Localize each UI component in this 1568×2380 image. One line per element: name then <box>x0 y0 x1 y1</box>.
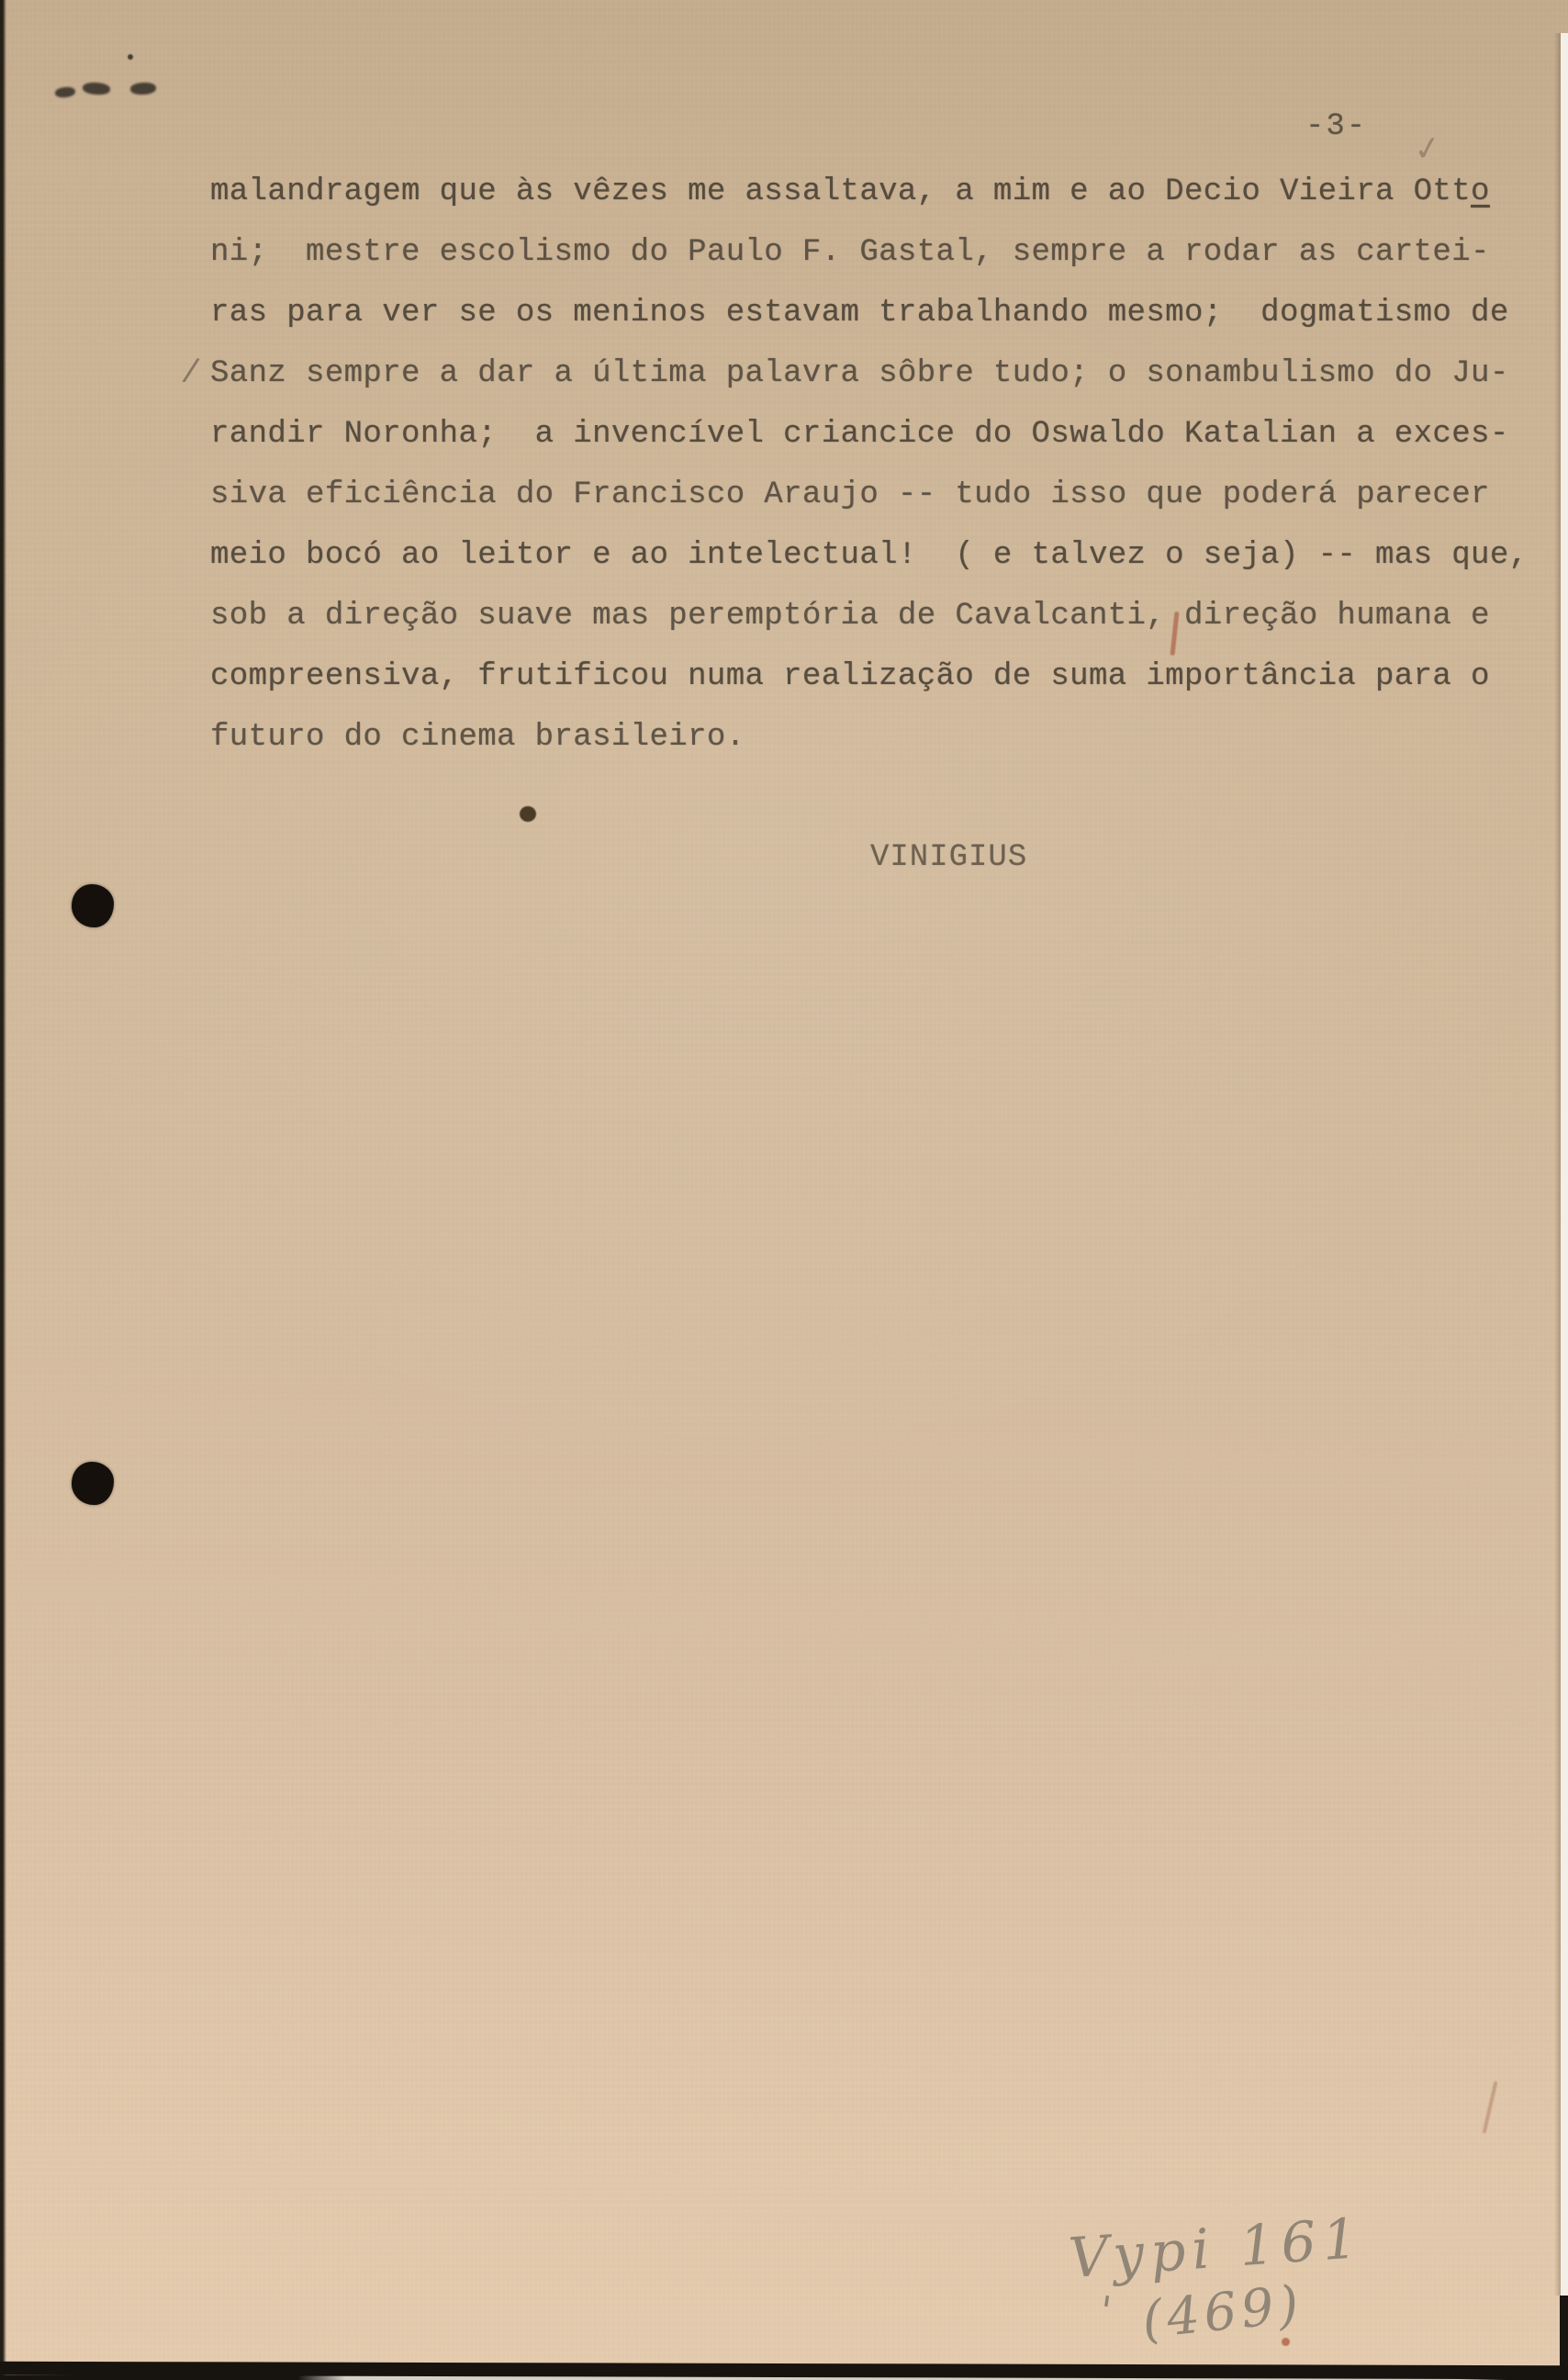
signature: VINIGIUS <box>870 839 1027 876</box>
ink-blot <box>520 806 536 822</box>
margin-slash-mark: / <box>180 354 202 392</box>
text-line: ras para ver se os meninos estavam traba… <box>210 283 1541 343</box>
page-number: -3- <box>1305 108 1367 145</box>
text-line: futuro do cinema brasileiro. <box>210 707 1541 768</box>
text-line: ni; mestre escolismo do Paulo F. Gastal,… <box>210 222 1541 283</box>
page-edge-right <box>1561 33 1568 2296</box>
text-line: Sanz sempre a dar a última palavra sôbre… <box>210 343 1541 404</box>
punch-hole-bottom <box>72 1462 114 1505</box>
red-speck <box>1282 2338 1290 2346</box>
scan-edge-left <box>0 0 6 2380</box>
text-line: meio bocó ao leitor e ao intelectual! ( … <box>210 525 1541 586</box>
punch-hole-top <box>72 884 114 927</box>
text-line: siva eficiência do Francisco Araujo -- t… <box>210 465 1541 525</box>
page-edge-shadow-right <box>1554 33 1561 2296</box>
text-line: malandragem que às vêzes me assaltava, a… <box>210 162 1541 222</box>
text-line: randir Noronha; a invencível criancice d… <box>210 404 1541 465</box>
typewritten-text: malandragem que às vêzes me assaltava, a… <box>210 162 1541 768</box>
text-line: compreensiva, frutificou numa realização… <box>210 646 1541 707</box>
corner-speck <box>128 54 133 60</box>
text-line: sob a direção suave mas peremptória de C… <box>210 586 1541 646</box>
